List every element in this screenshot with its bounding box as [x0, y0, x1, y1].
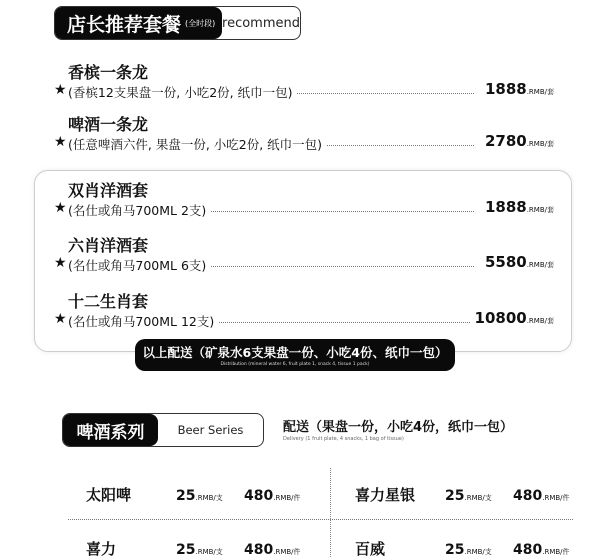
- beer-item: 喜力 25.RMB/支 480.RMB/件: [86, 538, 312, 557]
- distribution-note: 以上配送（矿泉水6支果盘一份、小吃4份、纸巾一包） Distribution (…: [135, 339, 455, 371]
- recommend-subtitle: recommend: [222, 7, 300, 39]
- beer-delivery-main: 配送（果盘一份，小吃4份，纸巾一包）: [283, 416, 513, 435]
- item-name: 双肖洋酒套: [68, 178, 148, 201]
- case-price: 480.RMB/件: [513, 542, 581, 557]
- item-name: 香槟一条龙: [68, 60, 148, 83]
- beer-name: 喜力星银: [355, 484, 445, 505]
- recommend-title-note: (全时段): [185, 18, 215, 29]
- bottle-price: 25.RMB/支: [445, 488, 513, 504]
- beer-item: 百威 25.RMB/支 480.RMB/件: [355, 538, 581, 557]
- bottle-price: 25.RMB/支: [445, 542, 513, 557]
- recommend-title-block: 店长推荐套餐 (全时段): [55, 7, 222, 39]
- item-name: 六肖洋酒套: [68, 233, 148, 256]
- item-price: 1888.RMB/套: [481, 80, 554, 98]
- item-desc: (任意啤酒六件, 果盘一份, 小吃2份, 纸巾一包): [68, 135, 326, 153]
- item-desc: (名仕或角马700ML 12支): [68, 312, 218, 330]
- item-price: 1888.RMB/套: [481, 198, 554, 216]
- star-icon: ★: [54, 82, 67, 98]
- beer-name: 百威: [355, 538, 445, 557]
- item-desc: (香槟12支果盘一份, 小吃2份, 纸巾一包): [68, 83, 297, 101]
- star-icon: ★: [54, 311, 67, 327]
- row-divider: [68, 519, 573, 520]
- item-price: 10800.RMB/套: [471, 309, 554, 327]
- star-icon: ★: [54, 255, 67, 271]
- item-price: 2780.RMB/套: [481, 132, 554, 150]
- bottle-price: 25.RMB/支: [176, 488, 244, 504]
- item-name: 十二生肖套: [68, 289, 148, 312]
- item-desc: (名仕或角马700ML 6支): [68, 256, 210, 274]
- item-price: 5580.RMB/套: [481, 253, 554, 271]
- case-price: 480.RMB/件: [513, 488, 581, 504]
- item-desc: (名仕或角马700ML 2支): [68, 201, 210, 219]
- beer-name: 太阳啤: [86, 484, 176, 505]
- bottle-price: 25.RMB/支: [176, 542, 244, 557]
- star-icon: ★: [54, 134, 67, 150]
- distribution-note-sub: Distribution (mineral water 6, fruit pla…: [135, 362, 455, 367]
- distribution-note-main: 以上配送（矿泉水6支果盘一份、小吃4份、纸巾一包）: [135, 343, 455, 361]
- column-divider: [330, 468, 331, 557]
- case-price: 480.RMB/件: [244, 488, 312, 504]
- beer-title: 啤酒系列: [63, 414, 158, 446]
- beer-subtitle: Beer Series: [158, 414, 263, 446]
- recommend-title: 店长推荐套餐: [67, 10, 181, 37]
- recommend-header: 店长推荐套餐 (全时段) recommend: [54, 6, 301, 40]
- item-name: 啤酒一条龙: [68, 112, 148, 135]
- beer-name: 喜力: [86, 538, 176, 557]
- star-icon: ★: [54, 200, 67, 216]
- beer-delivery-note: 配送（果盘一份，小吃4份，纸巾一包） Delivery (1 fruit pla…: [283, 416, 513, 442]
- beer-item: 喜力星银 25.RMB/支 480.RMB/件: [355, 484, 581, 505]
- beer-item: 太阳啤 25.RMB/支 480.RMB/件: [86, 484, 312, 505]
- beer-header: 啤酒系列 Beer Series: [62, 413, 264, 447]
- beer-delivery-sub: Delivery (1 fruit plate, 4 snacks, 1 bag…: [283, 436, 513, 442]
- case-price: 480.RMB/件: [244, 542, 312, 557]
